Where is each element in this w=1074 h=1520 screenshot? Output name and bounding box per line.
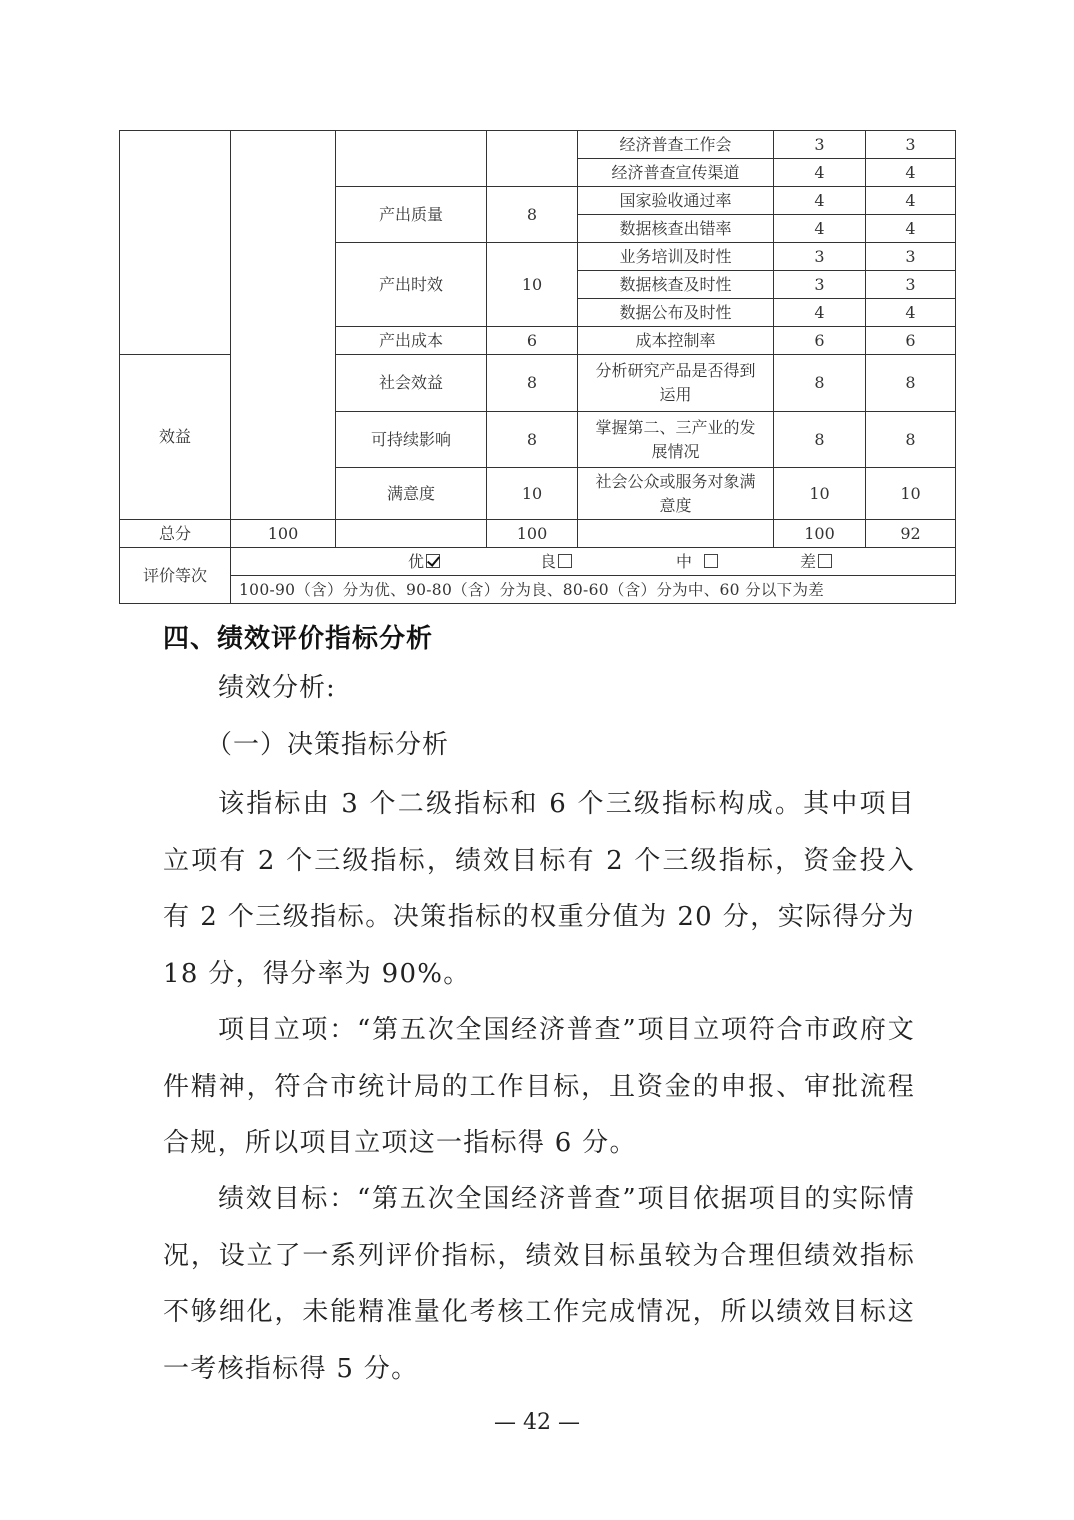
grade-option-label: 良 — [540, 552, 556, 571]
grade-option-label: 差 — [800, 552, 816, 571]
level2-weight: 10 — [487, 468, 578, 520]
grade-option-good[interactable]: 良 — [540, 550, 572, 574]
level2-weight: 6 — [487, 327, 578, 355]
indicator-name: 经济普查工作会 — [578, 131, 774, 159]
indicator-score: 4 — [866, 299, 956, 327]
indicator-weight: 4 — [774, 159, 866, 187]
total-label: 总分 — [120, 520, 231, 548]
indicator-score: 3 — [866, 243, 956, 271]
total-empty-cell — [578, 520, 774, 548]
level2-weight: 10 — [487, 243, 578, 327]
indicator-score: 8 — [866, 355, 956, 412]
indicator-weight: 6 — [774, 327, 866, 355]
indicator-name: 数据核查出错率 — [578, 215, 774, 243]
total-score: 92 — [866, 520, 956, 548]
indicator-score: 10 — [866, 468, 956, 520]
checkbox-icon[interactable] — [558, 554, 572, 568]
level1-weight-cell-empty — [231, 131, 336, 520]
paragraph: 项目立项：“第五次全国经济普查”项目立项符合市政府文件精神，符合市统计局的工作目… — [163, 1002, 915, 1172]
level2-label: 社会效益 — [336, 355, 487, 412]
indicator-name: 成本控制率 — [578, 327, 774, 355]
indicator-name: 业务培训及时性 — [578, 243, 774, 271]
summary-table: 总分 100 100 100 92 评价等次 优 良 中 差 100-90（含）… — [119, 519, 956, 604]
paragraph: 该指标由 3 个二级指标和 6 个三级指标构成。其中项目立项有 2 个三级指标，… — [163, 776, 915, 1002]
indicator-name: 经济普查宣传渠道 — [578, 159, 774, 187]
total-row: 总分 100 100 100 92 — [120, 520, 956, 548]
grade-option-label: 优 — [408, 552, 424, 571]
subsection-heading: （一）决策指标分析 — [206, 717, 449, 773]
level2-weight: 8 — [487, 412, 578, 468]
checkbox-icon[interactable] — [818, 554, 832, 568]
indicator-name: 掌握第二、三产业的发展情况 — [578, 412, 774, 468]
indicator-weight: 3 — [774, 131, 866, 159]
indicator-weight: 4 — [774, 215, 866, 243]
paragraph: 绩效目标：“第五次全国经济普查”项目依据项目的实际情况，设立了一系列评价指标，绩… — [163, 1171, 915, 1397]
grade-note: 100-90（含）分为优、90-80（含）分为良、80-60（含）分为中、60 … — [231, 576, 956, 604]
level2-label: 产出成本 — [336, 327, 487, 355]
indicator-score: 3 — [866, 271, 956, 299]
total-indicator-weight: 100 — [774, 520, 866, 548]
level2-label: 满意度 — [336, 468, 487, 520]
indicator-weight: 3 — [774, 271, 866, 299]
grade-option-poor[interactable]: 差 — [800, 550, 832, 574]
evaluation-table: 经济普查工作会 3 3 经济普查宣传渠道 4 4 产出质量 8 国家验收通过率 … — [119, 130, 956, 520]
grade-option-fair[interactable]: 中 — [676, 550, 718, 574]
subheading: 绩效分析: — [218, 660, 336, 716]
indicator-name: 数据核查及时性 — [578, 271, 774, 299]
level2-weight: 8 — [487, 355, 578, 412]
level2-label: 可持续影响 — [336, 412, 487, 468]
indicator-score: 8 — [866, 412, 956, 468]
indicator-name: 国家验收通过率 — [578, 187, 774, 215]
indicator-score: 6 — [866, 327, 956, 355]
indicator-score: 4 — [866, 159, 956, 187]
total-level1-weight: 100 — [231, 520, 336, 548]
level2-cell-empty — [336, 131, 487, 187]
checkbox-icon[interactable] — [704, 554, 718, 568]
level2-weight-cell-empty — [487, 131, 578, 187]
level1-label: 效益 — [120, 355, 231, 520]
level2-weight: 8 — [487, 187, 578, 243]
total-empty-cell — [336, 520, 487, 548]
level2-label: 产出时效 — [336, 243, 487, 327]
indicator-weight: 8 — [774, 412, 866, 468]
total-level2-weight: 100 — [487, 520, 578, 548]
grade-options: 优 良 中 差 — [231, 548, 956, 576]
indicator-weight: 3 — [774, 243, 866, 271]
indicator-weight: 10 — [774, 468, 866, 520]
indicator-score: 3 — [866, 131, 956, 159]
indicator-name: 分析研究产品是否得到运用 — [578, 355, 774, 412]
grade-option-label: 中 — [676, 552, 692, 571]
grade-option-excellent[interactable]: 优 — [408, 550, 440, 574]
indicator-score: 4 — [866, 215, 956, 243]
indicator-name: 数据公布及时性 — [578, 299, 774, 327]
indicator-name: 社会公众或服务对象满意度 — [578, 468, 774, 520]
grade-label: 评价等次 — [120, 548, 231, 604]
indicator-score: 4 — [866, 187, 956, 215]
indicator-weight: 4 — [774, 187, 866, 215]
level2-label: 产出质量 — [336, 187, 487, 243]
indicator-weight: 8 — [774, 355, 866, 412]
section-heading: 四、绩效评价指标分析 — [163, 618, 433, 655]
checkbox-checked-icon[interactable] — [426, 554, 440, 568]
indicator-weight: 4 — [774, 299, 866, 327]
level1-cell-empty — [120, 131, 231, 355]
page-number: — 42 — — [0, 1410, 1074, 1435]
